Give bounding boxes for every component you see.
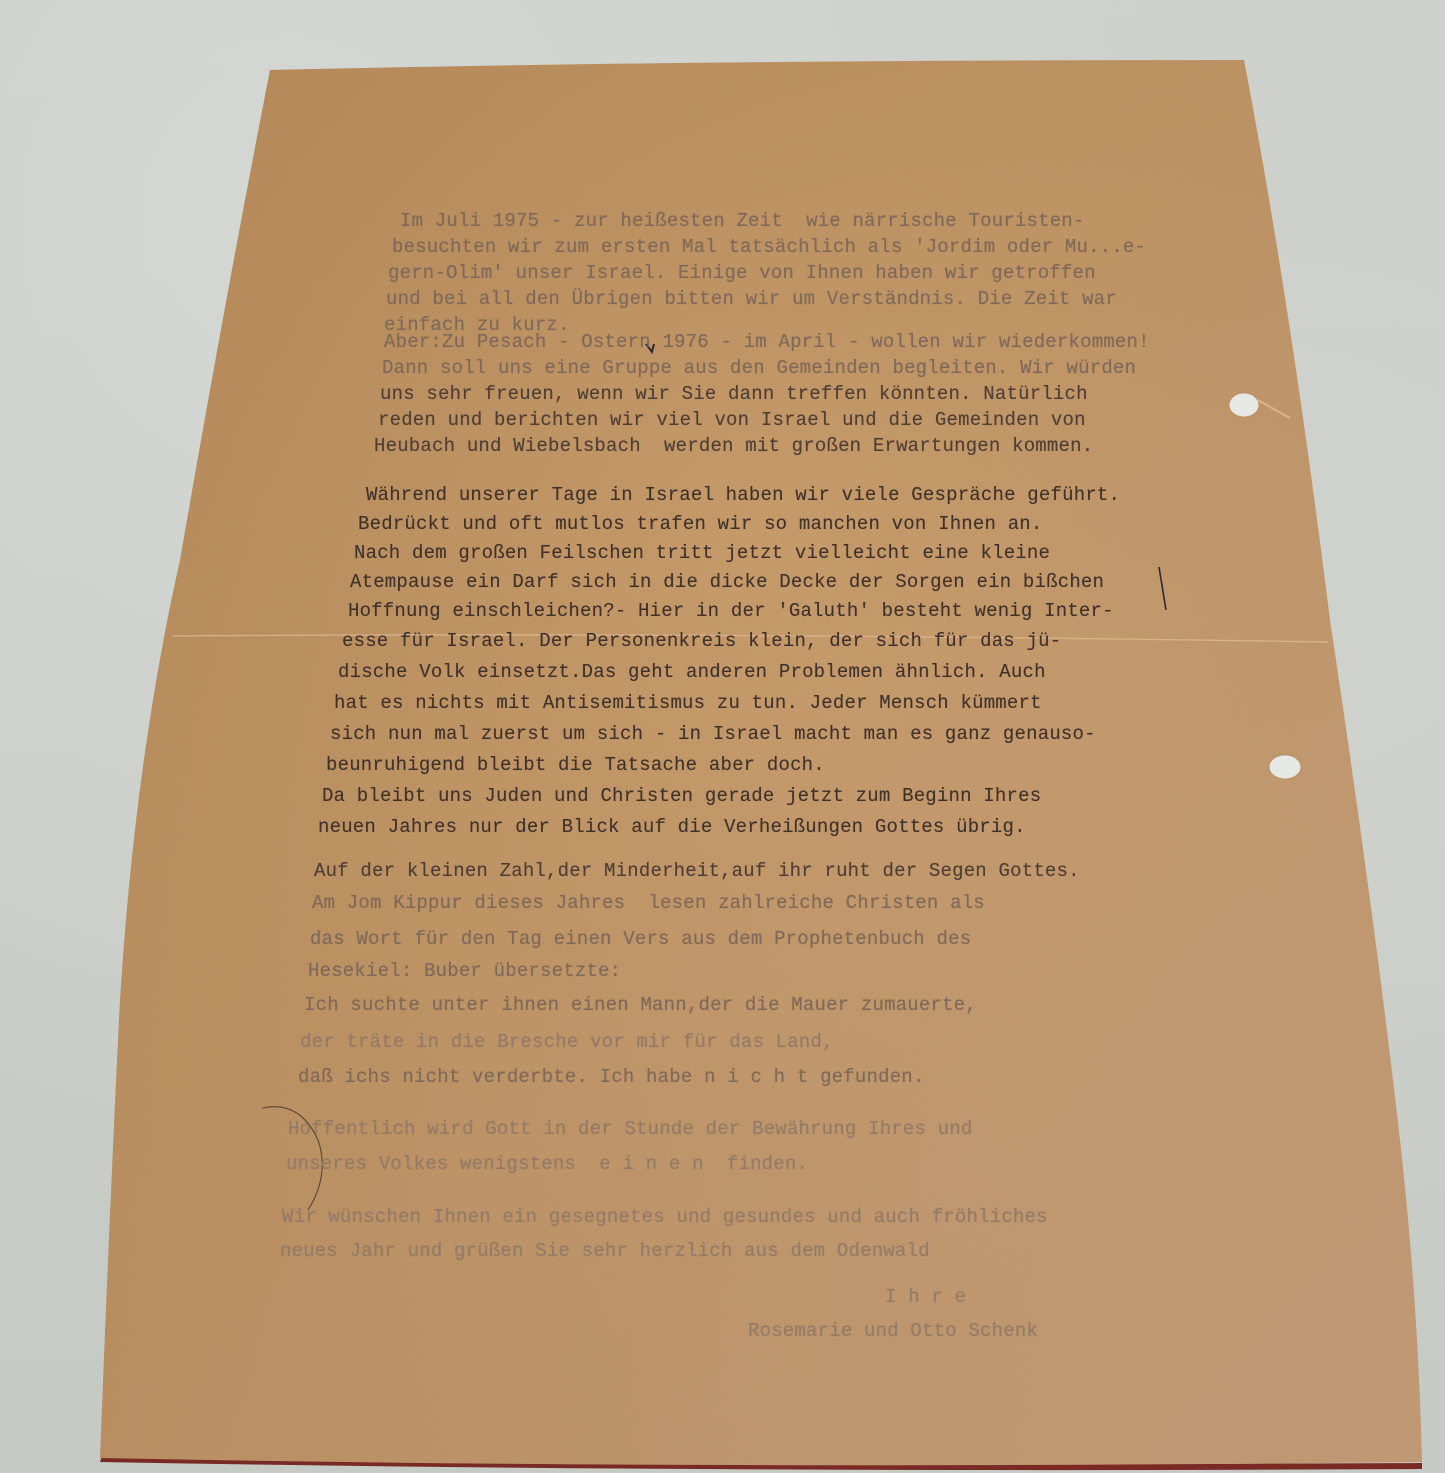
letter-line: unseres Volkes wenigstens e i n e n find… <box>286 1155 808 1174</box>
letter-line: Da bleibt uns Juden und Christen gerade … <box>322 787 1041 806</box>
letter-line: dische Volk einsetzt.Das geht anderen Pr… <box>338 663 1046 682</box>
letter-line: Auf der kleinen Zahl,der Minderheit,auf … <box>314 862 1080 881</box>
letter-line: Hoffnung einschleichen?- Hier in der 'Ga… <box>348 602 1114 621</box>
punch-hole-bottom <box>1269 755 1301 779</box>
letter-signature: Rosemarie und Otto Schenk <box>748 1322 1038 1341</box>
letter-line: uns sehr freuen, wenn wir Sie dann treff… <box>380 385 1088 404</box>
letter-line: hat es nichts mit Antisemitismus zu tun.… <box>334 694 1042 713</box>
letter-line: Am Jom Kippur dieses Jahres lesen zahlre… <box>312 894 985 913</box>
letter-line: Im Juli 1975 - zur heißesten Zeit wie nä… <box>400 212 1085 231</box>
letter-line: der träte in die Bresche vor mir für das… <box>300 1033 834 1052</box>
letter-line: beunruhigend bleibt die Tatsache aber do… <box>326 756 825 775</box>
letter-line: daß ichs nicht verderbte. Ich habe n i c… <box>298 1068 925 1087</box>
letter-line: Atempause ein Darf sich in die dicke Dec… <box>350 573 1104 592</box>
letter-line: neues Jahr und grüßen Sie sehr herzlich … <box>280 1242 930 1261</box>
letter-line: sich nun mal zuerst um sich - in Israel … <box>330 725 1096 744</box>
letter-line: Ich suchte unter ihnen einen Mann,der di… <box>304 996 977 1015</box>
letter-line: Aber:Zu Pesach - Ostern 1976 - im April … <box>384 333 1150 352</box>
letter-line: Dann soll uns eine Gruppe aus den Gemein… <box>382 359 1136 378</box>
letter-line: gern-Olim' unser Israel. Einige von Ihne… <box>388 264 1096 283</box>
letter-line: reden und berichten wir viel von Israel … <box>378 411 1086 430</box>
letter-line: Nach dem großen Feilschen tritt jetzt vi… <box>354 544 1050 563</box>
letter-closing: I h r e <box>885 1288 966 1307</box>
letter-line: Hesekiel: Buber übersetzte: <box>308 962 621 981</box>
punch-hole-top <box>1229 393 1259 417</box>
letter-line: Bedrückt und oft mutlos trafen wir so ma… <box>358 515 1043 534</box>
letter-line: neuen Jahres nur der Blick auf die Verhe… <box>318 818 1026 837</box>
letter-line: Während unserer Tage in Israel haben wir… <box>366 486 1120 505</box>
letter-line: Hoffentlich wird Gott in der Stunde der … <box>288 1120 973 1139</box>
letter-line: und bei all den Übrigen bitten wir um Ve… <box>386 290 1117 309</box>
letter-line: esse für Israel. Der Personenkreis klein… <box>342 632 1061 651</box>
letter-line: besuchten wir zum ersten Mal tatsächlich… <box>392 238 1146 257</box>
photo-scene: Im Juli 1975 - zur heißesten Zeit wie nä… <box>0 0 1445 1473</box>
letter-line: Wir wünschen Ihnen ein gesegnetes und ge… <box>282 1208 1048 1227</box>
letter-line: Heubach und Wiebelsbach werden mit große… <box>374 437 1093 456</box>
letter-line: das Wort für den Tag einen Vers aus dem … <box>310 930 971 949</box>
